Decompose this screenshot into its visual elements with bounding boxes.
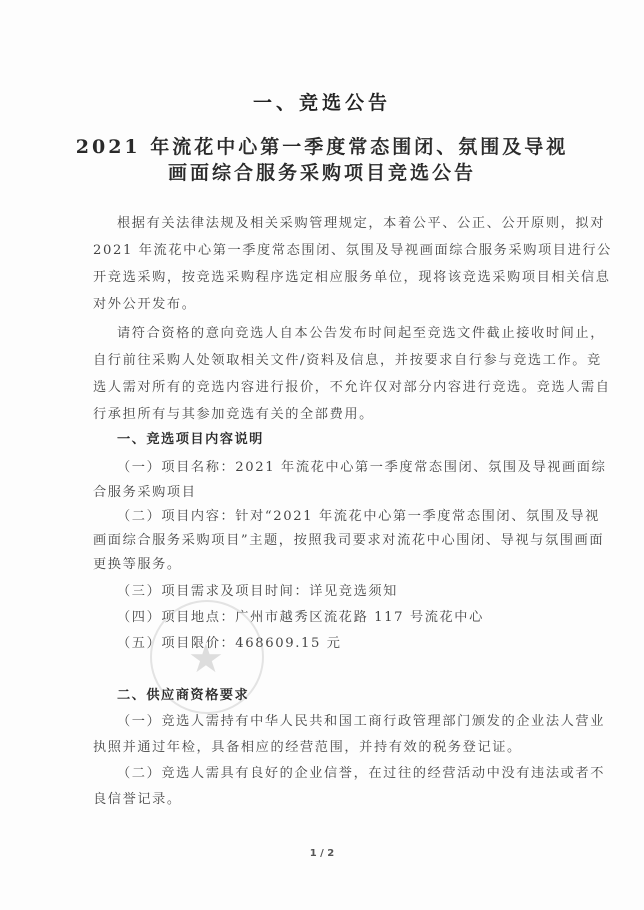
invite-paragraph: 行承担所有与其参加竞选有关的全部费用。 <box>93 403 374 422</box>
section-1-title: 一、竞选项目内容说明 <box>117 428 264 447</box>
section-heading: 一、竞选公告 <box>0 88 644 115</box>
section-2-item: （二）竞选人需具有良好的企业信誉，在过往的经营活动中没有违法或者不 <box>117 762 605 781</box>
section-2-item: 良信誉记录。 <box>93 788 182 807</box>
section-2-item: 执照并通过年检，具备相应的经营范围，并持有效的税务登记证。 <box>93 736 522 755</box>
star-icon: ★ <box>188 636 224 682</box>
page-number: 1 / 2 <box>0 848 644 859</box>
section-2-item: （一）竞选人需持有中华人民共和国工商行政管理部门颁发的企业法人营业 <box>117 710 605 729</box>
intro-paragraph: 根据有关法律法规及相关采购管理规定，本着公平、公正、公开原则，拟对 <box>117 212 605 231</box>
section-1-item: （一）项目名称：2021 年流花中心第一季度常态围闭、氛围及导视画面综 <box>117 456 606 475</box>
intro-paragraph: 开竞选采购，按竞选采购程序选定相应服务单位，现将该竞选采购项目相关信息 <box>93 266 611 285</box>
document-page: 一、竞选公告 2021 年流花中心第一季度常态围闭、氛围及导视 画面综合服务采购… <box>0 0 644 910</box>
document-title-line1: 2021 年流花中心第一季度常态围闭、氛围及导视 <box>0 132 644 159</box>
intro-paragraph: 2021 年流花中心第一季度常态围闭、氛围及导视画面综合服务采购项目进行公 <box>93 239 612 258</box>
section-1-item: （三）项目需求及项目时间：详见竞选须知 <box>117 580 398 599</box>
section-2-title: 二、供应商资格要求 <box>117 684 249 703</box>
intro-paragraph: 对外公开发布。 <box>93 293 197 312</box>
invite-paragraph: 请符合资格的意向竞选人自本公告发布时间起至竞选文件截止接收时间止， <box>117 322 605 341</box>
invite-paragraph: 自行前往采购人处领取相关文件/资料及信息，并按要求自行参与竞选工作。竞 <box>93 349 602 368</box>
document-title-line2: 画面综合服务采购项目竞选公告 <box>0 158 644 185</box>
section-1-item: 合服务采购项目 <box>93 481 197 500</box>
invite-paragraph: 选人需对所有的竞选内容进行报价，不允许仅对部分内容进行竞选。竞选人需自 <box>93 376 611 395</box>
section-1-item: 更换等服务。 <box>93 553 182 572</box>
section-1-item: （二）项目内容：针对“2021 年流花中心第一季度常态围闭、氛围及导视 <box>117 505 600 524</box>
section-1-item: 画面综合服务采购项目”主题，按照我司要求对流花中心围闭、导视与氛围画面 <box>93 529 604 548</box>
